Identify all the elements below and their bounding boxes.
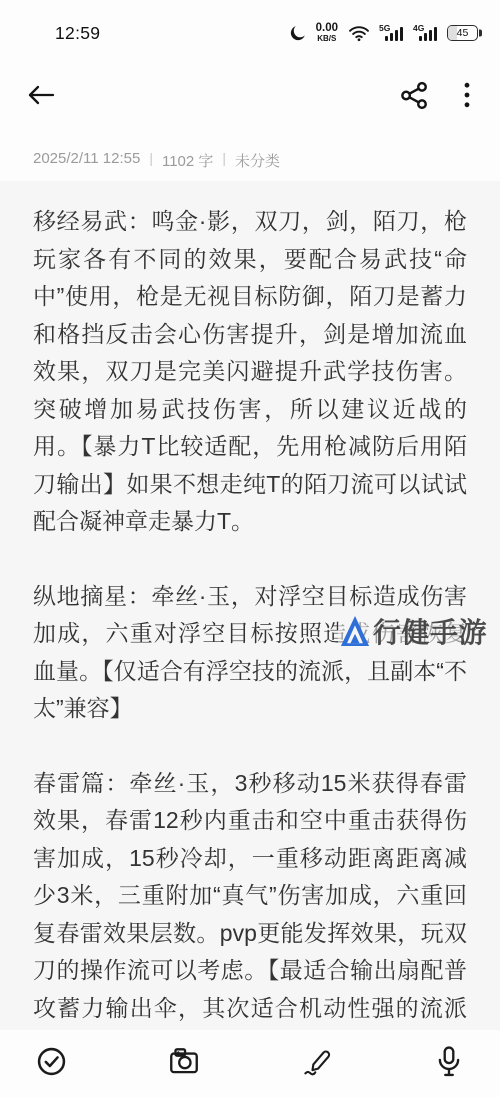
note-paragraph: 移经易武：鸣金·影，双刀，剑，陌刀，枪玩家各有不同的效果，要配合易武技“命中”使…	[33, 203, 467, 541]
clock-time: 12:59	[55, 23, 100, 44]
share-icon	[399, 80, 430, 111]
camera-icon	[167, 1045, 201, 1078]
meta-divider: |	[222, 150, 226, 166]
check-circle-icon	[35, 1045, 68, 1078]
note-category[interactable]: 未分类	[235, 150, 280, 171]
voice-note-button[interactable]	[431, 1043, 467, 1079]
doodle-button[interactable]	[298, 1043, 334, 1079]
microphone-icon	[434, 1045, 464, 1078]
meta-divider: |	[149, 150, 153, 166]
camera-button[interactable]	[166, 1043, 202, 1079]
note-paragraph: 春雷篇：牵丝·玉，3秒移动15米获得春雷效果，春雷12秒内重击和空中重击获得伤害…	[33, 765, 467, 1031]
note-body[interactable]: 移经易武：鸣金·影，双刀，剑，陌刀，枪玩家各有不同的效果，要配合易武技“命中”使…	[0, 181, 500, 1030]
sim2-signal-icon: 4G	[413, 23, 438, 43]
sim1-network-label: 5G	[379, 23, 390, 33]
network-speed-value: 0.00	[316, 23, 338, 35]
wifi-icon	[348, 24, 370, 42]
note-word-count: 1102 字	[162, 150, 213, 171]
overflow-menu-button[interactable]	[464, 82, 470, 108]
network-speed-unit: KB/S	[317, 35, 336, 43]
battery-icon: 45	[447, 25, 478, 41]
note-datetime: 2025/2/11 12:55	[33, 150, 140, 167]
status-bar: 12:59 0.00 KB/S 5G	[0, 0, 500, 60]
three-dot-menu-icon	[464, 82, 470, 108]
dark-mode-moon-icon	[289, 24, 307, 42]
bottom-toolbar	[0, 1030, 500, 1097]
share-button[interactable]	[399, 80, 430, 111]
sim1-signal-icon: 5G	[379, 23, 404, 43]
sim2-network-label: 4G	[413, 23, 424, 33]
pen-signature-icon	[299, 1045, 333, 1078]
network-speed-indicator: 0.00 KB/S	[316, 23, 338, 44]
back-button[interactable]	[26, 82, 56, 108]
note-header	[0, 60, 500, 130]
todo-check-button[interactable]	[33, 1043, 69, 1079]
battery-percent: 45	[457, 27, 469, 39]
note-app-screen: 12:59 0.00 KB/S 5G	[0, 0, 500, 1097]
note-meta-row: 2025/2/11 12:55 | 1102 字 | 未分类	[0, 130, 500, 181]
note-paragraph: 纵地摘星：牵丝·玉，对浮空目标造成伤害加成，六重对浮空目标按照造成伤害恢复血量。…	[33, 578, 467, 728]
status-icons: 0.00 KB/S 5G 4G 45	[289, 23, 478, 44]
